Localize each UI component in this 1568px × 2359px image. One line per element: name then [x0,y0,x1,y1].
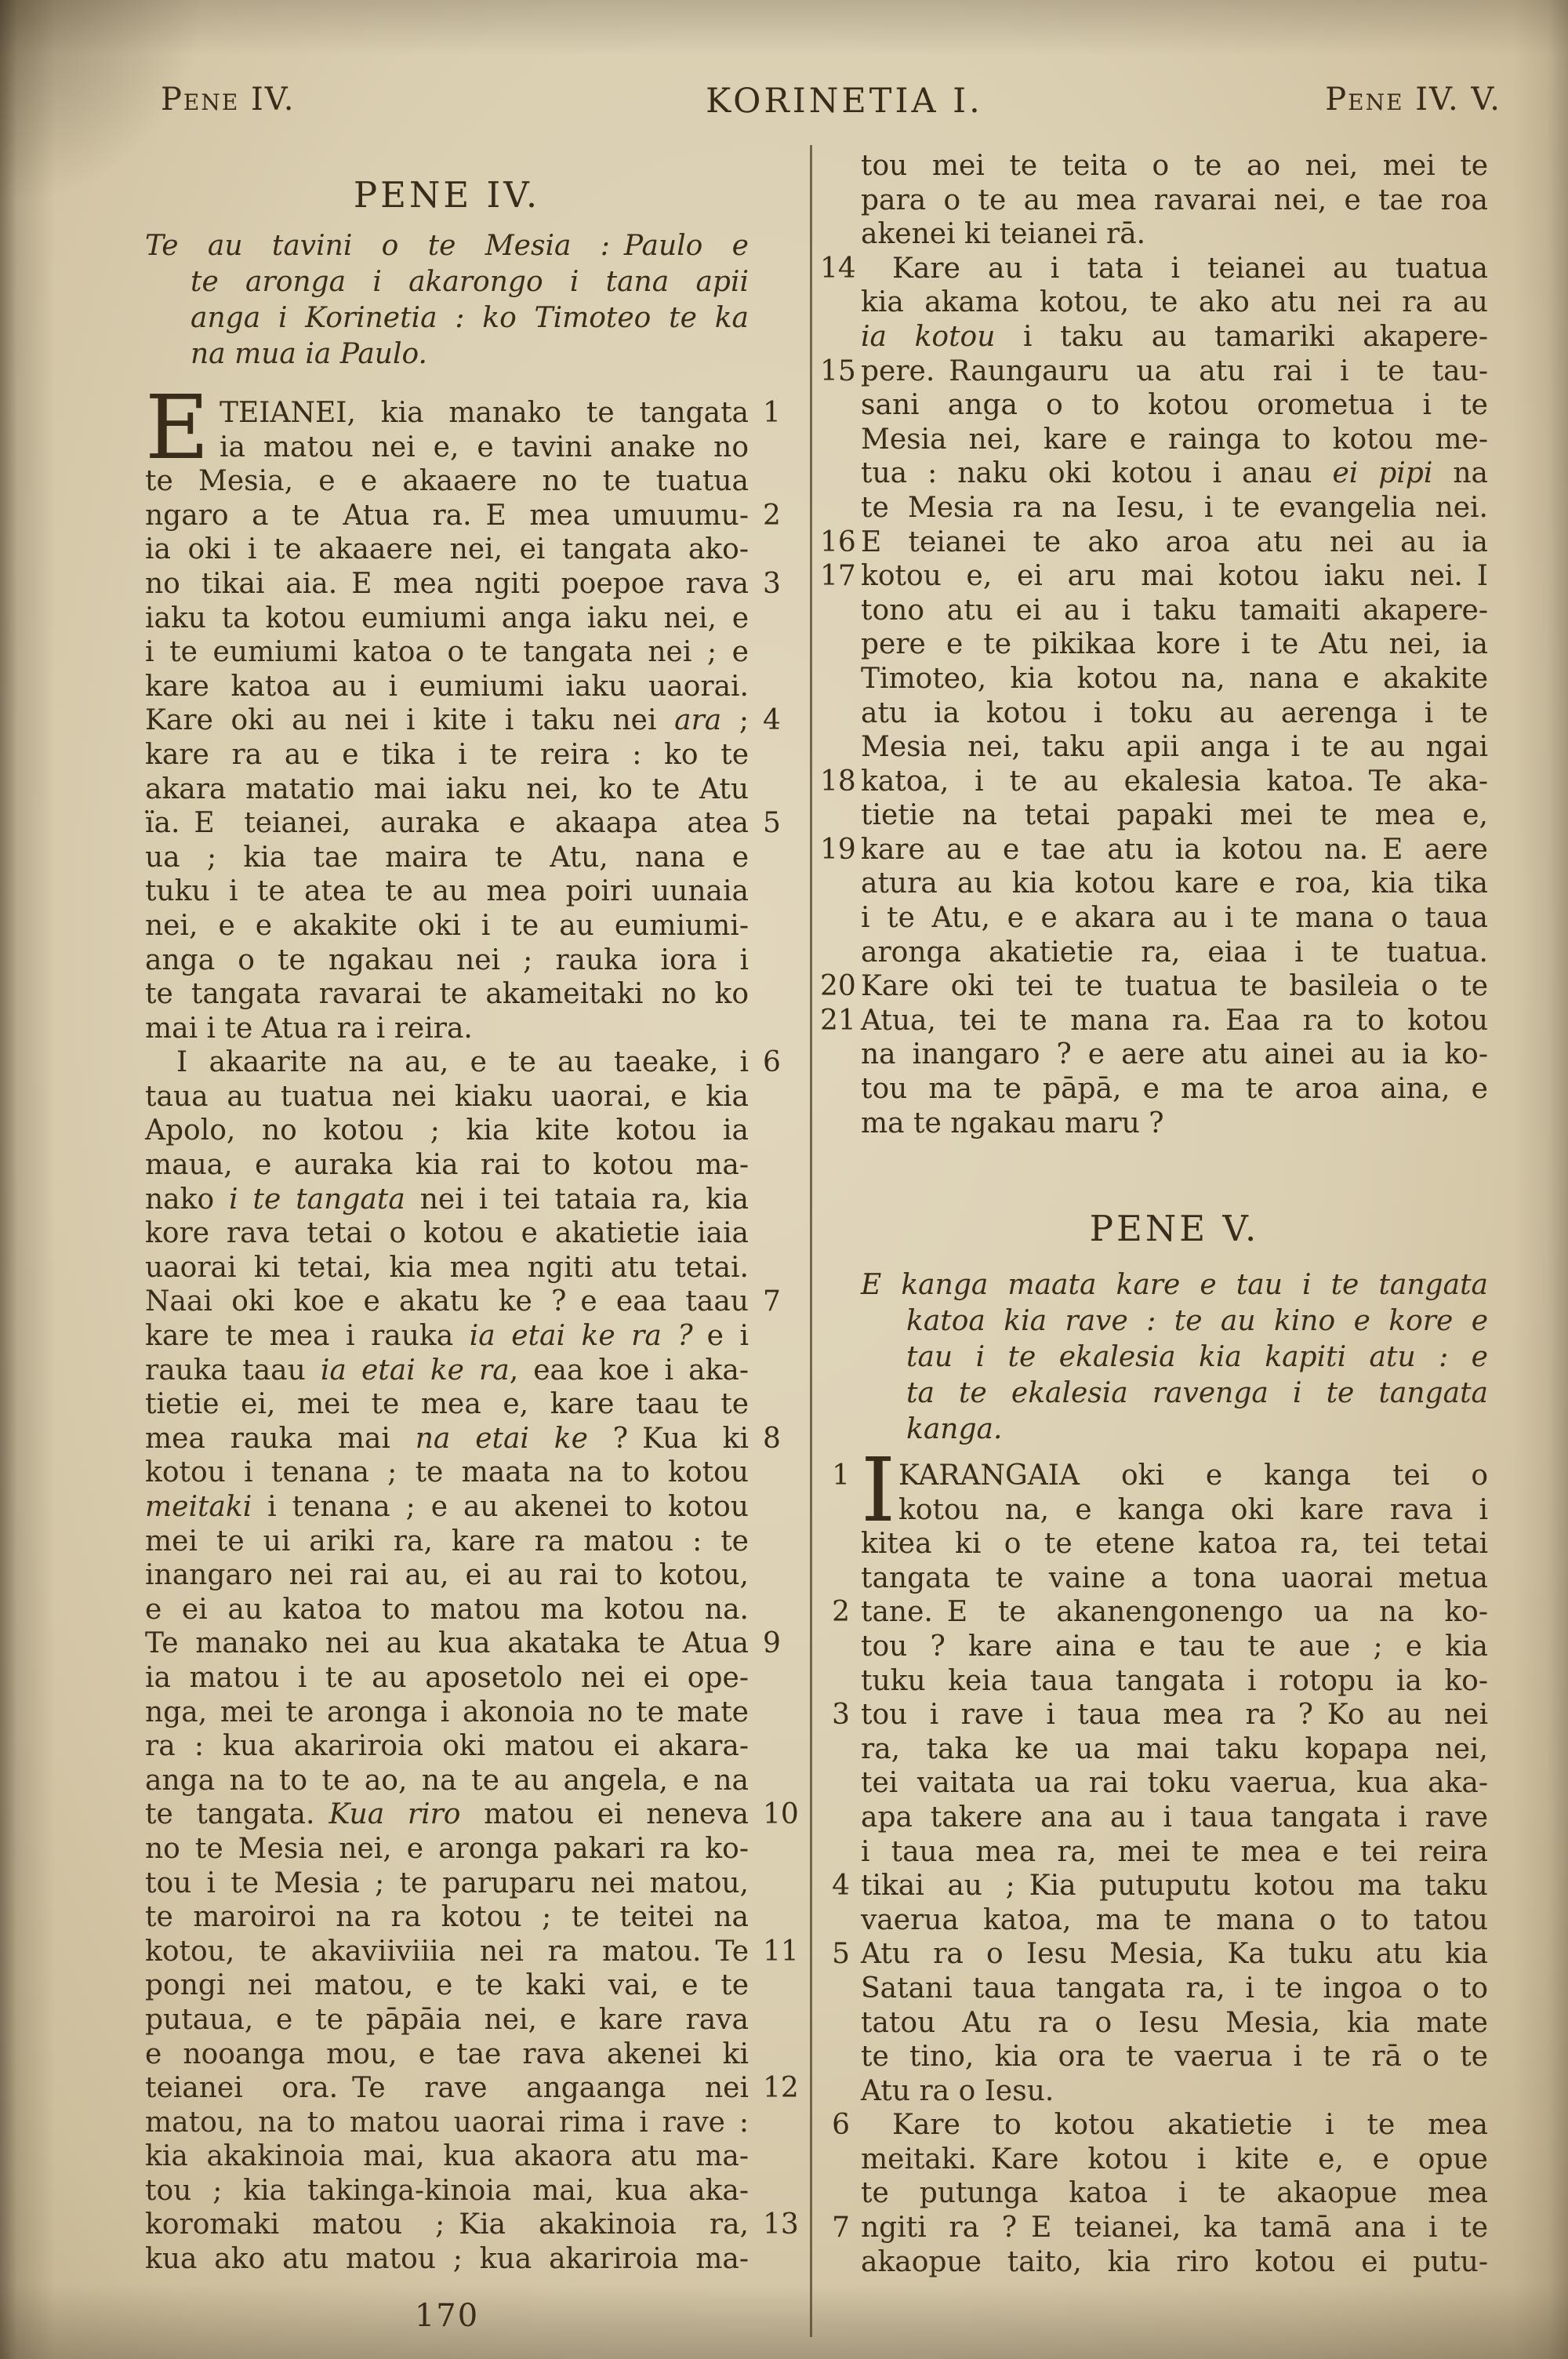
verse-number: 5 [763,806,810,841]
text-line: iaku ta kotou eumiumi anga iaku nei, e [145,602,749,636]
verse-number: 2 [763,499,810,533]
text-line: uaorai ki tetai, kia mea ngiti atu tetai… [145,1251,749,1285]
verse-number: 5 [820,1937,850,1972]
text-line: matou, na to matou uaorai rima i rave : [145,2106,749,2140]
text-line: teianei ora. Te rave angaanga nei12 [145,2071,749,2106]
text-line: ïa. E teianei, auraka e akaapa atea5 [145,806,749,841]
text-line: I akaarite na au, e te au taeake, i6 [145,1045,749,1080]
text-line: akenei ki teianei rā. [861,217,1488,252]
text-line: ra : kua akariroia oki matou ei akara- [145,1729,749,1764]
verse-number: 15 [820,354,850,389]
text-line: tatou Atu ra o Iesu Mesia, kia mate [861,2006,1488,2041]
text-line: Apolo, no kotou ; kia kite kotou ia [145,1114,749,1148]
text-line: tuku keia taua tangata i rotopu ia ko- [861,1664,1488,1699]
verse-number: 9 [763,1627,810,1661]
text-line: maua, e auraka kia rai to kotou ma- [145,1148,749,1183]
text-line: inangaro nei rai au, ei au rai to kotou, [145,1558,749,1593]
text-line: kare katoa au i eumiumi iaku uaorai. [145,670,749,704]
verse-number: 1 [820,1459,850,1493]
verse-number: 4 [820,1869,850,1903]
text-line: ua ; kia tae maira te Atu, nana e [145,841,749,875]
text-line: nako i te tangata nei i tei tataia ra, k… [145,1183,749,1217]
text-line: na inangaro ? e aere atu ainei au ia ko- [861,1038,1488,1072]
text-line: tuku i te atea te au mea poiri uunaia [145,874,749,909]
text-line: te aronga i akarongo i tana apii [145,264,749,300]
text-line: pere. Raungauru ua atu rai i te tau-15 [861,354,1488,389]
text-line: Atu ra o Iesu Mesia, Ka tuku atu kia5 [861,1937,1488,1972]
column-divider [810,145,812,2337]
verse-number: 6 [820,2108,850,2143]
text-line: kitea ki o te etene katoa ra, tei tetai [861,1527,1488,1561]
text-line: meitaki i tenana ; e au akenei to kotou [145,1490,749,1525]
page-number: 170 [145,2298,749,2334]
verse-number: 19 [820,833,850,867]
chapter-heading-pene-iv: PENE IV. [145,174,749,216]
text-line: aronga akatietie ra, eiaa i te tuatua. [861,936,1488,970]
text-line: tou i rave i taua mea ra ? Ko au nei3 [861,1698,1488,1732]
text-line: Mesia nei, kare e rainga to kotou me- [861,423,1488,457]
text-line: katoa, i te au ekalesia katoa. Te aka-18 [861,765,1488,799]
verse-number: 4 [763,703,810,738]
text-line: taua au tuatua nei kiaku uaorai, e kia [145,1080,749,1114]
text-line: TEIANEI, kia manako te tangata1 [145,396,749,431]
text-line: tono atu ei au i taku tamaiti akapere- [861,594,1488,628]
book-page: Pene IV. KORINETIA I. Pene IV. V. PENE I… [0,0,1568,2359]
text-line: kore rava tetai o kotou e akatietie iaia [145,1216,749,1251]
text-line: i te Atu, e e akara au i te mana o taua [861,901,1488,936]
verse-number: 14 [820,252,850,286]
verse-text-pene-iv: ETEIANEI, kia manako te tangata1ia matou… [145,396,749,2277]
verse-number: 12 [763,2071,810,2106]
chapter-summary-pene-iv: Te au tavini o te Mesia : Paulo ete aron… [145,228,749,373]
verse-number: 13 [763,2208,810,2242]
text-line: kare ra au e tika i te reira : ko te [145,738,749,772]
text-line: kotou na, e kanga oki kare rava i [861,1493,1488,1528]
text-line: anga na to te ao, na te au angela, e na [145,1764,749,1798]
verse-number: 3 [820,1698,850,1732]
text-line: meitaki. Kare kotou i kite e, e opue [861,2143,1488,2177]
text-line: ia kotou i taku au tamariki akapere- [861,320,1488,354]
text-line: te Mesia, e e akaaere no te tuatua [145,464,749,499]
text-line: te tangata ravarai te akameitaki no ko [145,977,749,1012]
right-column: tou mei te teita o te ao nei, mei tepara… [861,0,1488,2359]
text-line: Kare to kotou akatietie i te mea6 [861,2108,1488,2143]
text-line: nga, mei te aronga i akonoia no te mate [145,1696,749,1730]
verse-number: 20 [820,969,850,1004]
text-line: kotou e, ei aru mai kotou iaku nei. I17 [861,559,1488,594]
text-line: para o te au mea ravarai nei, e tae roa [861,184,1488,218]
text-line: tikai au ; Kia putuputu kotou ma taku4 [861,1869,1488,1903]
text-line: no te Mesia nei, e aronga pakari ra ko- [145,1832,749,1866]
text-line: i te eumiumi katoa o te tangata nei ; e [145,635,749,670]
text-line: akara matatio mai iaku nei, ko te Atu [145,772,749,807]
verse-number: 11 [763,1935,810,1969]
verse-number: 10 [763,1797,810,1832]
text-line: te putunga katoa i te akaopue mea [861,2176,1488,2211]
verse-text-pene-v: IKARANGAIA oki e kanga tei o1kotou na, e… [861,1459,1488,2279]
text-line: kotou, te akaviiviiia nei ra matou. Te11 [145,1935,749,1969]
text-line: katoa kia rave : te au kino e kore e [861,1303,1488,1339]
text-line: kotou i tenana ; te maata na to kotou [145,1456,749,1490]
verse-number: 7 [763,1285,810,1319]
text-line: mai i te Atua ra i reira. [145,1012,749,1046]
verse-number: 8 [763,1422,810,1456]
text-line: tietie na tetai papaki mei te mea e, [861,798,1488,833]
text-line: kia akakinoia mai, kua akaora atu ma- [145,2139,749,2174]
text-line: te tino, kia ora te vaerua i te rā o te [861,2040,1488,2074]
text-line: akaopue taito, kia riro kotou ei putu- [861,2245,1488,2280]
text-line: Te manako nei au kua akataka te Atua9 [145,1627,749,1661]
chapter-heading-pene-v: PENE V. [861,1208,1488,1249]
text-line: Atua, tei te mana ra. Eaa ra to kotou21 [861,1004,1488,1038]
text-line: ma te ngakau maru ? [861,1107,1488,1141]
text-line: Naai oki koe e akatu ke ? e eaa taau7 [145,1285,749,1319]
text-line: tou ? kare aina e tau te aue ; e kia [861,1630,1488,1664]
verse-number: 2 [820,1595,850,1630]
text-line: tou i te Mesia ; te paruparu nei matou, [145,1866,749,1901]
text-line: mea rauka mai na etai ke ? Kua ki8 [145,1422,749,1456]
text-line: Kare oki tei te tuatua te basileia o te2… [861,969,1488,1004]
text-line: tietie ei, mei te mea e, kare taau te [145,1387,749,1422]
text-line: anga i Korinetia : ko Timoteo te ka [145,300,749,336]
text-line: Te au tavini o te Mesia : Paulo e [145,228,749,264]
verse-text-pene-iv-continued: tou mei te teita o te ao nei, mei tepara… [861,149,1488,1140]
text-line: pere e te pikikaa kore i te Atu nei, ia [861,627,1488,662]
text-line: ia matou nei e, e tavini anake no [145,431,749,465]
verse-number: 17 [820,559,850,594]
text-line: na mua ia Paulo. [145,336,749,373]
verse-number: 21 [820,1004,850,1038]
text-line: kanga. [861,1412,1488,1448]
text-line: te maroiroi na ra kotou ; te teitei na [145,1900,749,1935]
text-line: kia akama kotou, te ako atu nei ra au [861,285,1488,320]
text-line: no tikai aia. E mea ngiti poepoe rava3 [145,567,749,602]
text-line: ra, taka ke ua mai taku kopapa nei, [861,1732,1488,1767]
text-line: E teianei te ako aroa atu nei au ia16 [861,525,1488,560]
chapter-summary-pene-v: E kanga maata kare e tau i te tangatakat… [861,1267,1488,1448]
text-line: putaua, e te pāpāia nei, e kare rava [145,2003,749,2037]
text-line: ia matou i te au aposetolo nei ei ope- [145,1661,749,1696]
verse-number: 6 [763,1045,810,1080]
text-line: vaerua katoa, ma te mana o to tatou [861,1903,1488,1938]
text-line: tou mei te teita o te ao nei, mei te [861,149,1488,184]
text-line: pongi nei matou, e te kaki vai, e te [145,1968,749,2003]
text-line: ngiti ra ? E teianei, ka tamā ana i te7 [861,2211,1488,2245]
text-line: tou ; kia takinga-kinoia mai, kua aka- [145,2174,749,2208]
text-line: kare au e tae atu ia kotou na. E aere19 [861,833,1488,867]
text-line: apa takere ana au i taua tangata i rave [861,1801,1488,1835]
text-line: tau i te ekalesia kia kapiti atu : e [861,1339,1488,1376]
text-line: Mesia nei, taku apii anga i te au ngai [861,730,1488,765]
text-line: Kare oki au nei i kite i taku nei ara ;4 [145,703,749,738]
text-line: Atu ra o Iesu. [861,2074,1488,2109]
text-line: te tangata. Kua riro matou ei neneva10 [145,1797,749,1832]
text-line: tangata te vaine a tona uaorai metua [861,1561,1488,1596]
text-line: anga o te ngakau nei ; rauka iora i [145,943,749,978]
verse-number: 1 [763,396,810,431]
text-line: nei, e e akakite oki i te au eumiumi- [145,909,749,943]
text-line: Kare au i tata i teianei au tuatua14 [861,252,1488,286]
text-line: tou ma te pāpā, e ma te aroa aina, e [861,1072,1488,1107]
text-line: Satani taua tangata ra, i te ingoa o to [861,1972,1488,2006]
text-line: Timoteo, kia kotou na, nana e akakite [861,662,1488,696]
verse-number: 7 [820,2211,850,2245]
text-line: mei te ui ariki ra, kare ra matou : te [145,1525,749,1559]
text-line: ia oki i te akaaere nei, ei tangata ako- [145,533,749,567]
text-line: E kanga maata kare e tau i te tangata [861,1267,1488,1303]
text-line: atura au kia kotou kare e roa, kia tika [861,867,1488,901]
text-line: kare te mea i rauka ia etai ke ra ? e i [145,1319,749,1354]
text-line: e ei au katoa to matou ma kotou na. [145,1593,749,1627]
text-line: te Mesia ra na Iesu, i te evangelia nei. [861,491,1488,525]
text-line: tei vaitata ua rai toku vaerua, kua aka- [861,1766,1488,1801]
verse-number: 16 [820,525,850,560]
text-line: koromaki matou ; Kia akakinoia ra,13 [145,2208,749,2242]
text-line: tane. E te akanengonengo ua na ko-2 [861,1595,1488,1630]
text-line: KARANGAIA oki e kanga tei o1 [861,1459,1488,1493]
text-line: tua : naku oki kotou i anau ei pipi na [861,456,1488,491]
text-line: ngaro a te Atua ra. E mea umuumu-2 [145,499,749,533]
text-line: kua ako atu matou ; kua akariroia ma- [145,2242,749,2277]
left-column: PENE IV. Te au tavini o te Mesia : Paulo… [145,0,749,2359]
text-line: sani anga o to kotou orometua i te [861,388,1488,423]
text-line: rauka taau ia etai ke ra, eaa koe i aka- [145,1354,749,1388]
text-line: e nooanga mou, e tae rava akenei ki [145,2037,749,2072]
text-line: i taua mea ra, mei te mea e tei reira [861,1835,1488,1870]
text-line: atu ia kotou i toku au aerenga i te [861,696,1488,731]
verse-number: 18 [820,765,850,799]
verse-number: 3 [763,567,810,602]
text-line: ta te ekalesia ravenga i te tangata [861,1376,1488,1412]
